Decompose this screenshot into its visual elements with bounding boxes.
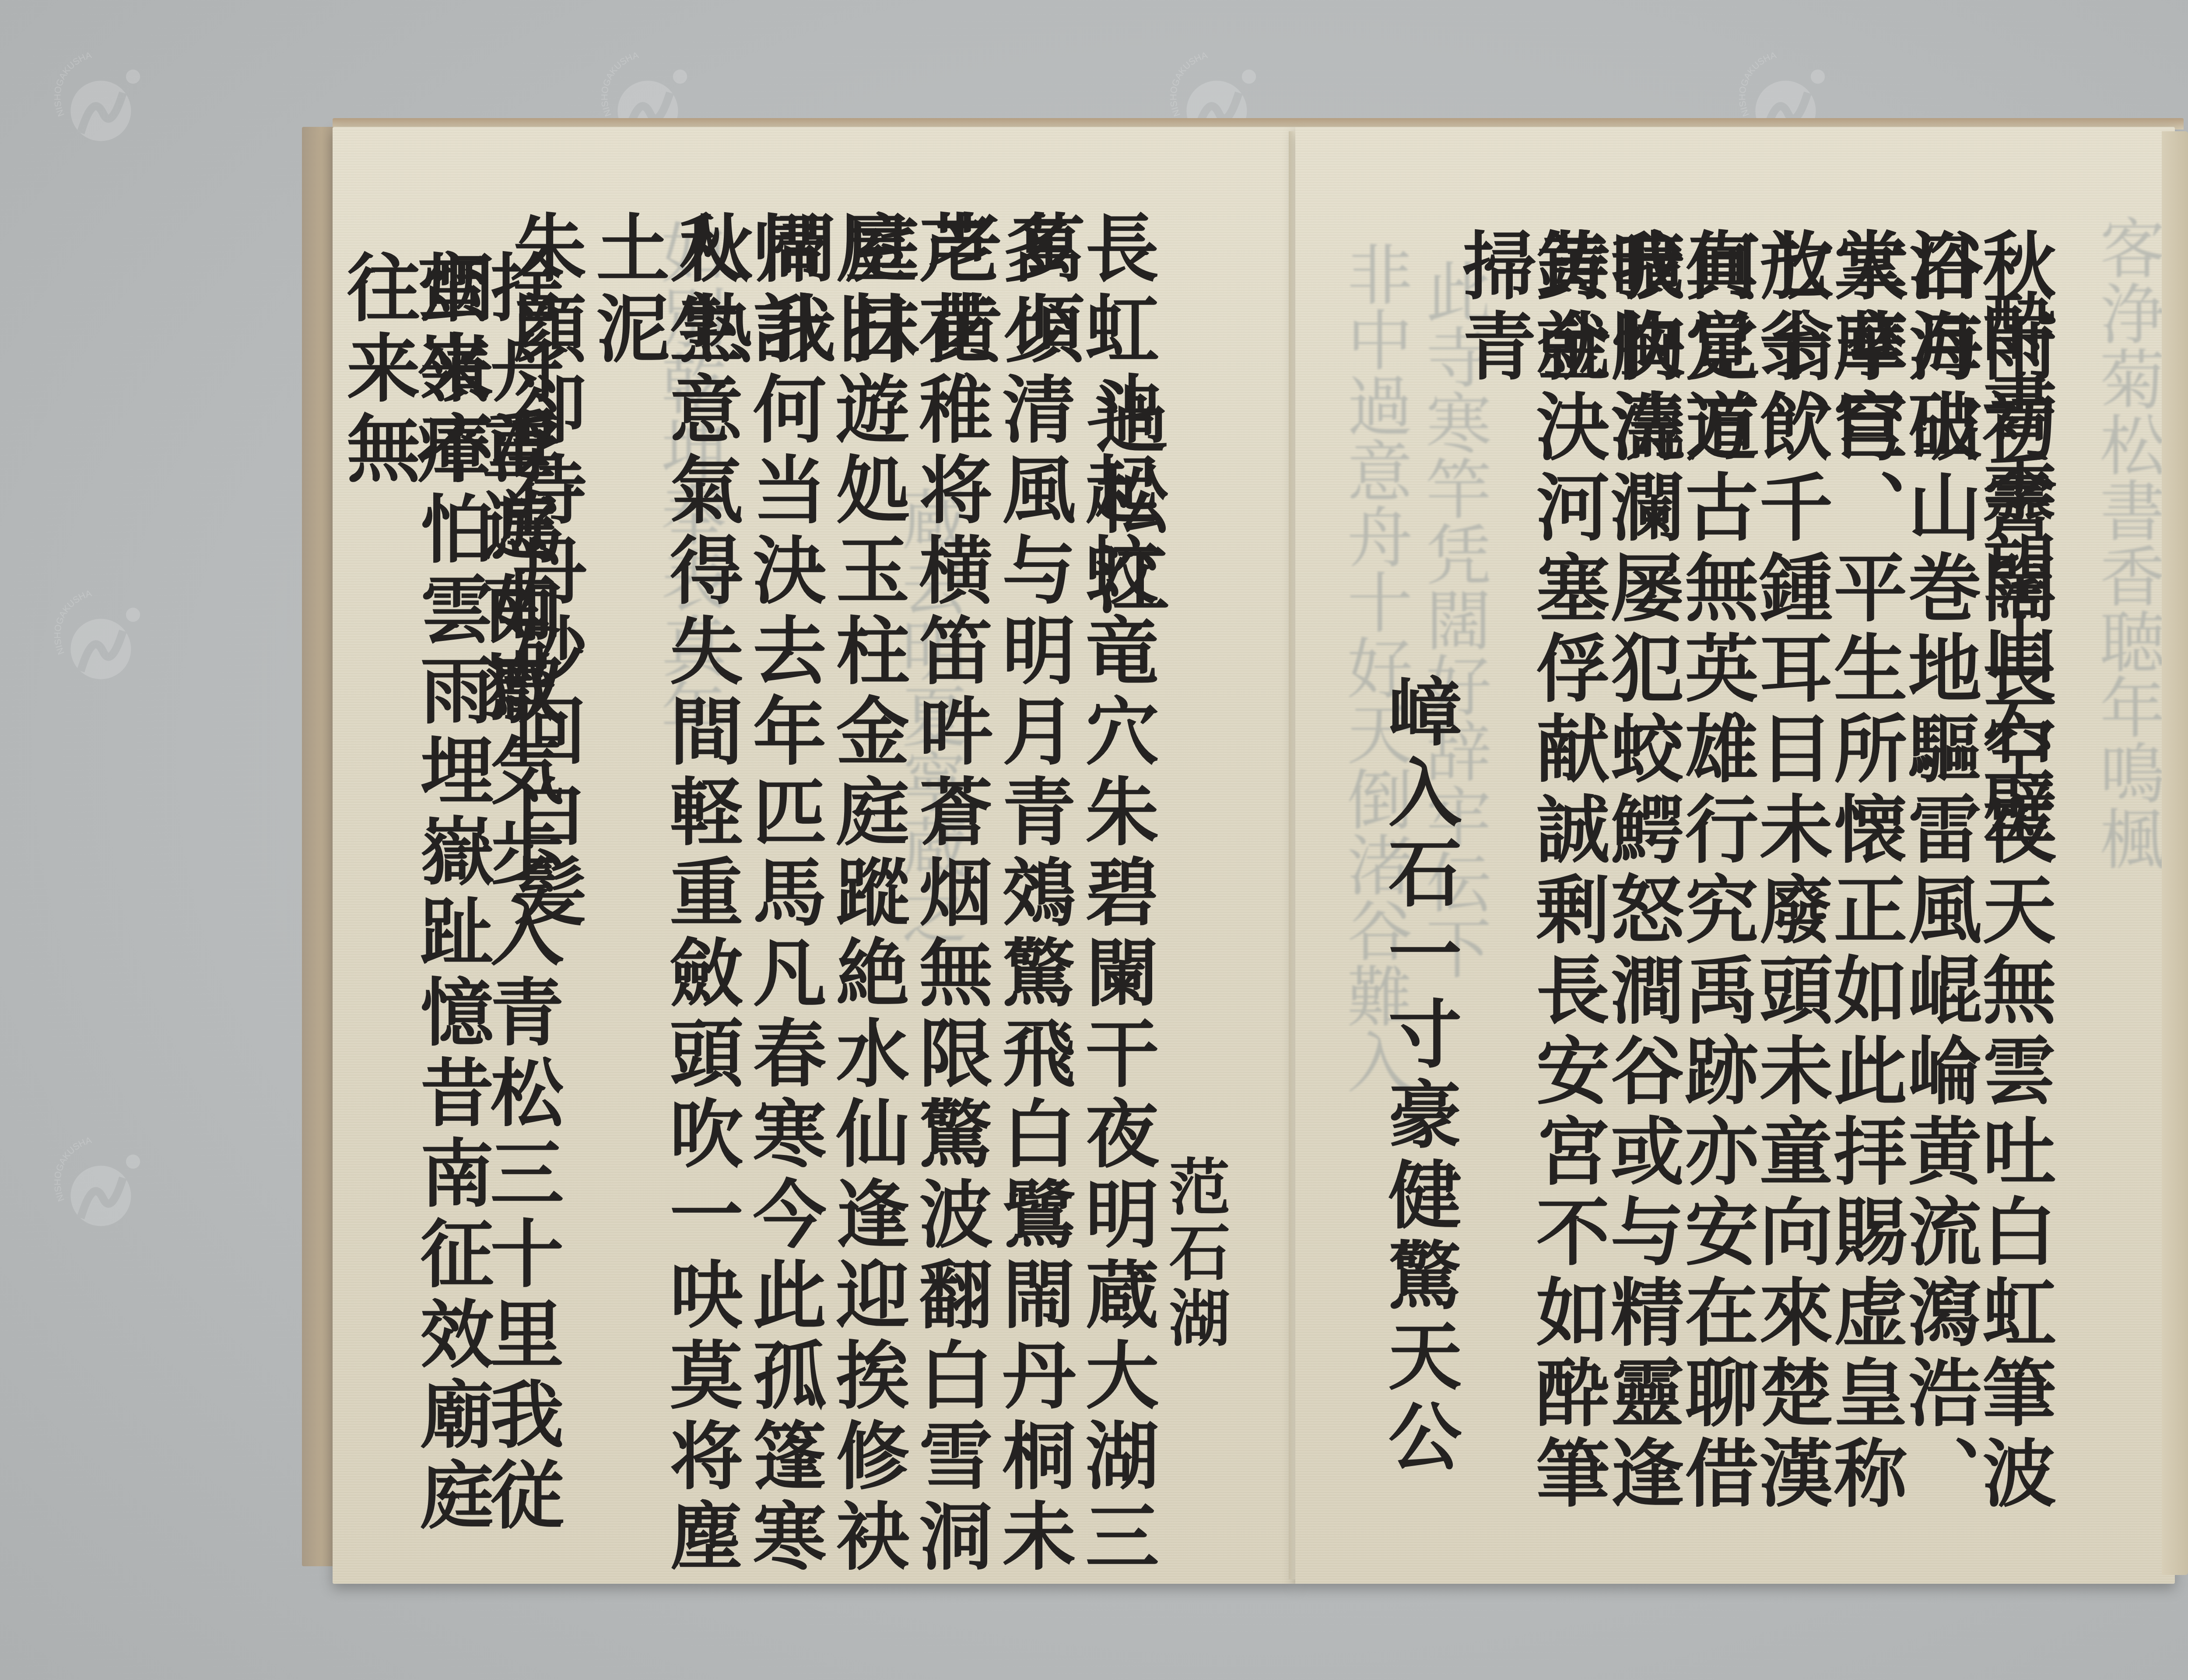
bleed-through-text: 客浄菊松書香聴年鳴楓 (2092, 214, 2161, 871)
text-column: 鋳就決河塞俘献誠剰長安宮不如酔筆掃青 (1457, 227, 1604, 1584)
nishogakusha-logo-icon: NISHOGAKUSHA (53, 591, 153, 691)
book-fore-edge (2162, 131, 2188, 1575)
nishogakusha-logo-icon: NISHOGAKUSHA (53, 52, 153, 153)
text-column: 烟来不怕雲雨埋嶽趾憶昔南征效廟庭往来無 (341, 249, 488, 1584)
text-column: 人生意氣得失間軽重斂頭吹一吷莫将塵土泥 (591, 210, 738, 1584)
left-page: 如別乾坤奉表真年 蔵去明夏寧蔵之 范石湖 過松江 長虹斗起蛟竜穴朱碧闌干夜明蔵大… (333, 127, 1295, 1584)
open-book: 如別乾坤奉表真年 蔵去明夏寧蔵之 范石湖 過松江 長虹斗起蛟竜穴朱碧闌干夜明蔵大… (302, 118, 2188, 1588)
text-column: 嶂入石一寸豪健驚天公 (1383, 674, 1456, 1479)
nishogakusha-logo-icon: NISHOGAKUSHA (53, 1137, 153, 1238)
author-name: 范石湖 (1164, 1155, 1225, 1352)
right-page: 非中過意舟十好天倒渚谷難入 此寺寒竿凭闊好辞牢伝下 客浄菊松書香聴年鳴楓 酔書季… (1295, 127, 2175, 1584)
